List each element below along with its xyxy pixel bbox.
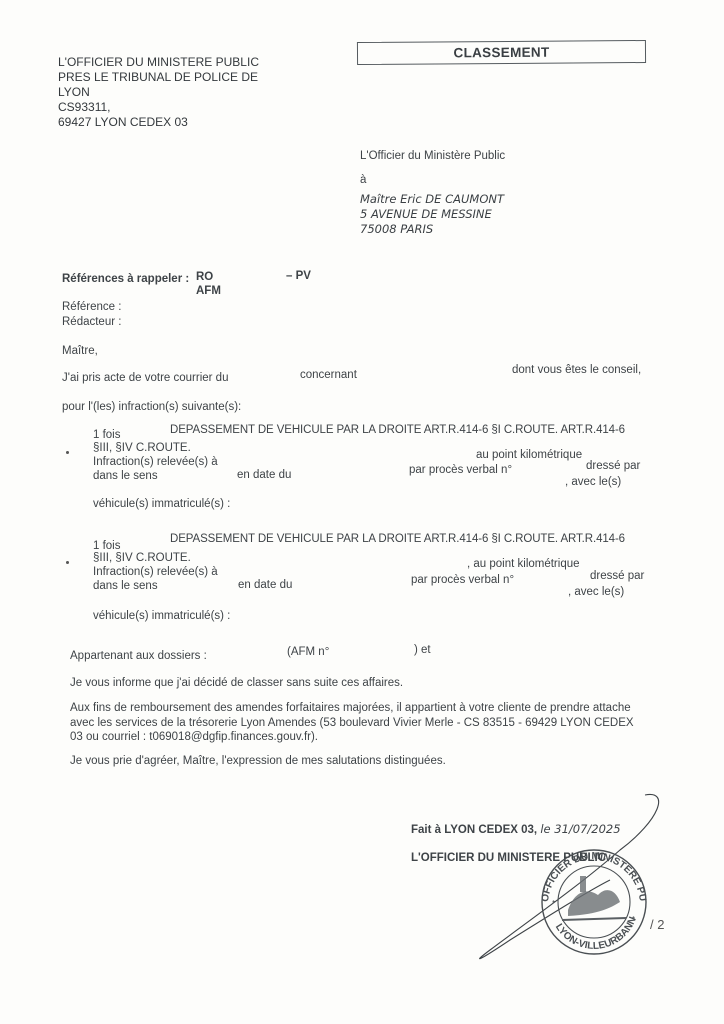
remboursement-line: Aux fins de remboursement des amendes fo… (70, 701, 680, 716)
afm-et: ) et (414, 644, 431, 657)
remboursement-paragraph: Aux fins de remboursement des amendes fo… (70, 701, 680, 745)
infraction-relevee: Infraction(s) relevée(s) à (93, 456, 218, 469)
official-stamp-icon: OFFICIER DU MINISTERE PUBLIC LYON-VILLEU… (470, 790, 690, 970)
infraction-sens: dans le sens (93, 470, 158, 483)
infraction-description: DEPASSEMENT DE VEHICULE PAR LA DROITE AR… (170, 533, 625, 546)
infraction-point-km: au point kilométrique (476, 449, 582, 462)
infraction-pv: par procès verbal n° (409, 464, 512, 477)
sender-line: PRES LE TRIBUNAL DE POLICE DE (58, 70, 259, 85)
svg-text:OFFICIER DU MINISTERE PUBLIC: OFFICIER DU MINISTERE PUBLIC (470, 790, 648, 903)
reference-afm: AFM (196, 285, 221, 298)
reference-ro: RO (196, 271, 213, 284)
document-type-title: CLASSEMENT (453, 45, 549, 61)
infraction-date: en date du (238, 579, 292, 592)
infraction-date: en date du (237, 469, 291, 482)
closing-formula: Je vous prie d'agréer, Maître, l'express… (70, 755, 446, 768)
infraction-description-cont: §III, §IV C.ROUTE. (93, 442, 191, 455)
recipient-address: Maître Eric DE CAUMONT 5 AVENUE DE MESSI… (360, 192, 504, 237)
infraction-description: DEPASSEMENT DE VEHICULE PAR LA DROITE AR… (170, 424, 625, 437)
svg-text:*: * (632, 915, 635, 924)
document-type-box: CLASSEMENT (357, 40, 646, 65)
infraction-avec: , avec le(s) (565, 476, 621, 489)
infraction-avec: , avec le(s) (568, 586, 624, 599)
infraction-vehicule: véhicule(s) immatriculé(s) : (93, 498, 230, 511)
remboursement-line: avec les services de la trésorerie Lyon … (70, 716, 680, 731)
concernant-text: concernant (300, 369, 357, 382)
svg-text:*: * (552, 899, 555, 908)
appartenant-label: Appartenant aux dossiers : (70, 650, 207, 663)
courrier-text: J'ai pris acte de votre courrier du (62, 372, 228, 385)
infraction-relevee: Infraction(s) relevée(s) à (93, 566, 218, 579)
recipient-line: 75008 PARIS (360, 222, 504, 237)
sender-address: L'OFFICIER DU MINISTERE PUBLIC PRES LE T… (58, 55, 259, 130)
sender-line: L'OFFICIER DU MINISTERE PUBLIC (58, 55, 259, 70)
infraction-pv: par procès verbal n° (411, 574, 514, 587)
infraction-point-km: , au point kilométrique (467, 558, 580, 571)
to-preposition: à (360, 174, 366, 187)
sender-line: LYON (58, 85, 259, 100)
from-title: L'Officier du Ministère Public (360, 150, 505, 163)
reference-label: Référence : (62, 301, 121, 314)
page-number-value: 2 (657, 917, 664, 932)
reference-pv: – PV (286, 270, 311, 283)
page-number: / 2 (650, 918, 664, 933)
conseil-text: dont vous êtes le conseil, (512, 364, 641, 377)
remboursement-line: 03 ou courriel : t069018@dgfip.finances.… (70, 730, 680, 745)
svg-text:LYON-VILLEURBANNE: LYON-VILLEURBANNE (470, 790, 639, 952)
recipient-line: 5 AVENUE DE MESSINE (360, 207, 504, 222)
afm-number-label: (AFM n° (287, 646, 329, 659)
redacteur-label: Rédacteur : (62, 316, 121, 329)
bullet-icon (66, 561, 69, 564)
salutation: Maître, (62, 345, 98, 358)
infractions-intro: pour l'(les) infraction(s) suivante(s): (62, 401, 241, 414)
infraction-description-cont: §III, §IV C.ROUTE. (93, 552, 191, 565)
infraction-sens: dans le sens (93, 580, 158, 593)
references-label: Références à rappeler : (62, 273, 189, 286)
bullet-icon (66, 451, 69, 454)
decision-text: Je vous informe que j'ai décidé de class… (70, 677, 403, 690)
sender-line: CS93311, (58, 100, 259, 115)
infraction-dresse: dressé par (590, 570, 644, 583)
infraction-dresse: dressé par (586, 460, 640, 473)
infraction-count: 1 fois (93, 429, 121, 442)
infraction-vehicule: véhicule(s) immatriculé(s) : (93, 610, 230, 623)
recipient-line: Maître Eric DE CAUMONT (360, 192, 504, 207)
sender-line: 69427 LYON CEDEX 03 (58, 115, 259, 130)
